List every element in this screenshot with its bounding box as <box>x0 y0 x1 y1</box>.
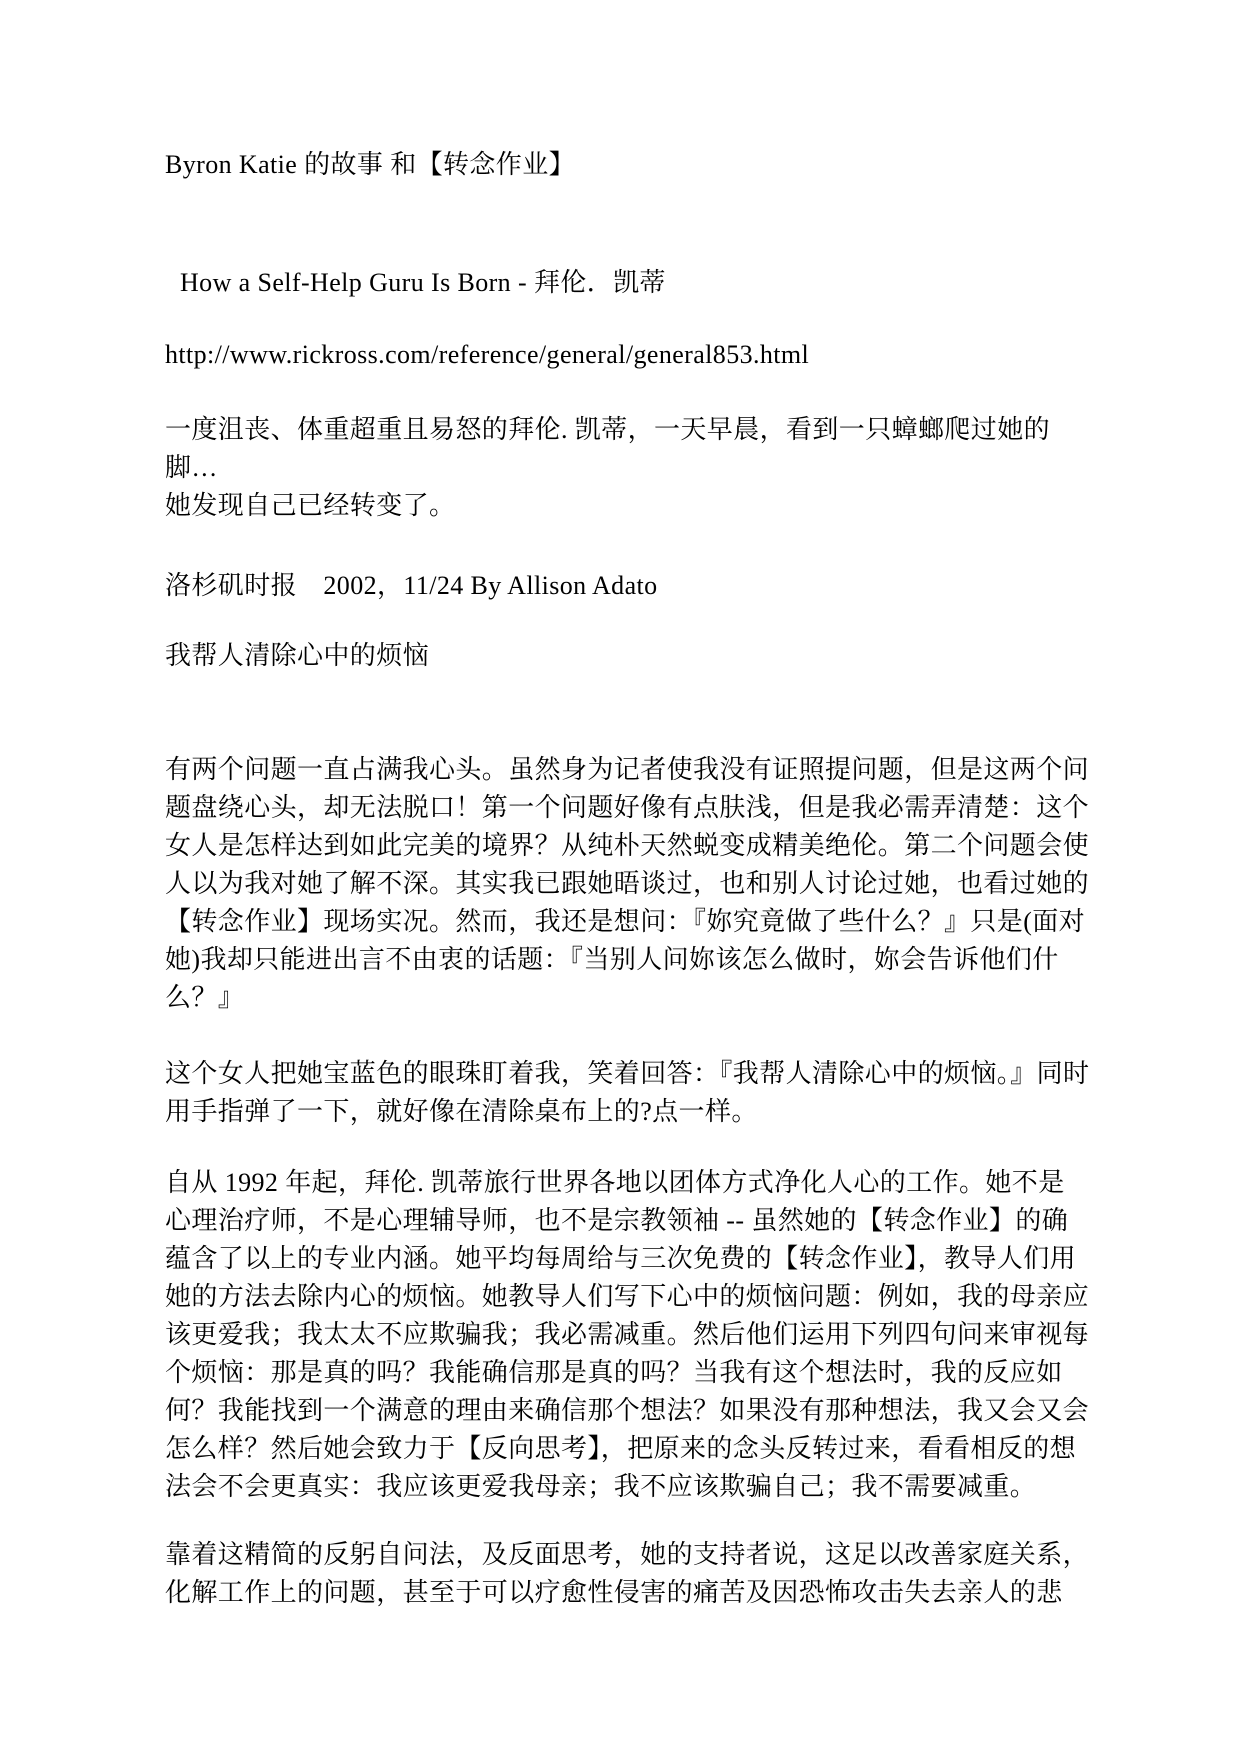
document-content: Byron Katie 的故事 和【转念作业】 How a Self-Help … <box>165 146 1100 1612</box>
body-paragraph-2: 这个女人把她宝蓝色的眼珠盯着我，笑着回答：『我帮人清除心中的烦恼。』同时 用手指… <box>165 1055 1100 1131</box>
body-paragraph-4: 靠着这精简的反躬自问法，及反面思考，她的支持者说，这足以改善家庭关系， 化解工作… <box>165 1536 1100 1612</box>
document-title: Byron Katie 的故事 和【转念作业】 <box>165 146 1100 184</box>
source-url-text: http://www.rickross.com/reference/genera… <box>165 336 1100 374</box>
document-page: Byron Katie 的故事 和【转念作业】 How a Self-Help … <box>0 0 1240 1755</box>
lede-paragraph: 一度沮丧、体重超重且易怒的拜伦. 凯蒂，一天早晨，看到一只蟑螂爬过她的脚… 她发… <box>165 411 1100 525</box>
body-paragraph-1: 有两个问题一直占满我心头。虽然身为记者使我没有证照提问题，但是这两个问 题盘绕心… <box>165 751 1100 1017</box>
pull-quote: 我帮人清除心中的烦恼 <box>165 637 1100 675</box>
dateline: 洛杉矶时报 2002，11/24 By Allison Adato <box>165 567 1100 605</box>
document-subtitle: How a Self-Help Guru Is Born - 拜伦．凯蒂 <box>165 264 1100 302</box>
body-paragraph-3: 自从 1992 年起，拜伦. 凯蒂旅行世界各地以团体方式净化人心的工作。她不是 … <box>165 1164 1100 1506</box>
